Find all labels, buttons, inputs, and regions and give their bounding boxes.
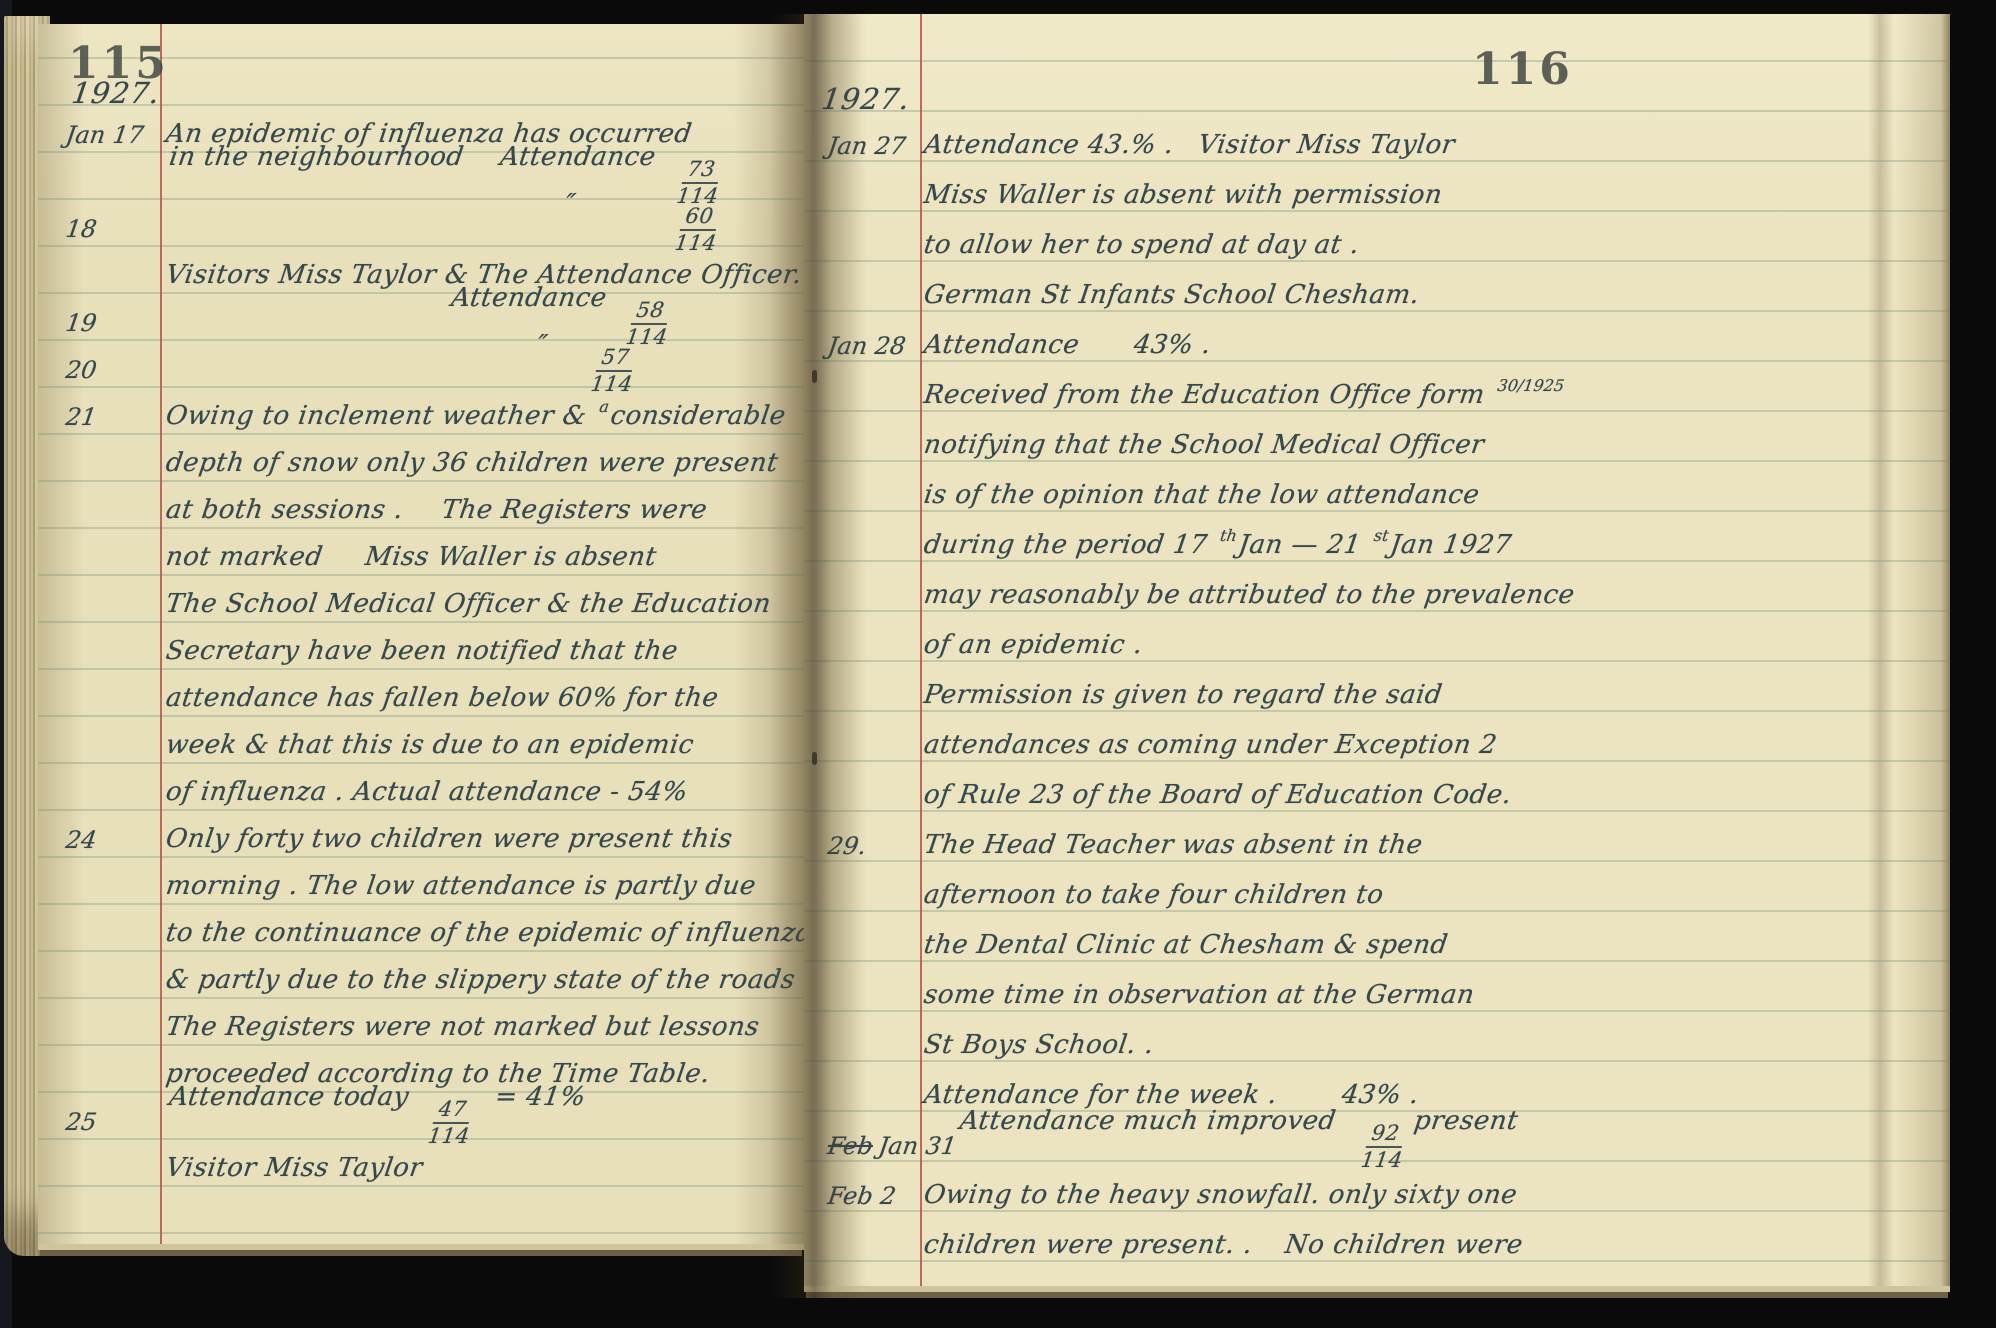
text-segment: ″ bbox=[535, 330, 558, 360]
text-segment: the Dental Clinic at Chesham & spend bbox=[922, 930, 1450, 960]
entry-text: Only forty two children were present thi… bbox=[164, 824, 798, 854]
entry-text: not marked Miss Waller is absent bbox=[164, 542, 798, 572]
entry-line: some time in observation at the German bbox=[822, 960, 1917, 1010]
text-segment: St Boys School. . bbox=[922, 1030, 1156, 1060]
entry-date: 19 bbox=[60, 309, 168, 337]
entry-date: 21 bbox=[60, 403, 168, 431]
text-segment: 20 bbox=[64, 356, 98, 384]
entry-text: Attendance 58114 bbox=[164, 283, 802, 337]
entry-text: St Boys School. . bbox=[922, 1030, 1914, 1060]
entry-text: The Head Teacher was absent in the bbox=[922, 830, 1914, 860]
logbook-page-right: 116 1927. Jan 27 Attendance 43.% . Visit… bbox=[804, 14, 1950, 1292]
entry-text: Received from the Education Office form … bbox=[922, 376, 1915, 410]
entry-line: Feb 2 Owing to the heavy snowfall. only … bbox=[822, 1160, 1917, 1210]
entry-line: The Registers were not marked but lesson… bbox=[60, 995, 801, 1042]
struck-text: Feb bbox=[826, 1132, 875, 1160]
entry-text: The School Medical Officer & the Educati… bbox=[164, 589, 798, 619]
entries-right: Jan 27 Attendance 43.% . Visitor Miss Ta… bbox=[822, 110, 1910, 1260]
text-segment: = 41% bbox=[493, 1082, 588, 1112]
text-segment: in the neighbourhood bbox=[167, 142, 474, 172]
entry-text: The Registers were not marked but lesson… bbox=[164, 1012, 798, 1042]
entry-text: to allow her to spend at day at . bbox=[922, 230, 1914, 260]
entry-text: & partly due to the slippery state of th… bbox=[164, 965, 798, 995]
entry-text: ″ 57114 bbox=[164, 330, 802, 384]
text-segment: afternoon to take four children to bbox=[922, 880, 1386, 910]
entry-line: to allow her to spend at day at . bbox=[822, 210, 1917, 260]
entries-left: Jan 17 An epidemic of influenza has occu… bbox=[60, 102, 794, 1183]
text-segment: The Registers were not marked but lesson… bbox=[164, 1012, 761, 1042]
text-segment: 24 bbox=[64, 826, 98, 854]
entry-line: attendances as coming under Exception 2 bbox=[822, 710, 1917, 760]
entry-date: FebJan 31 bbox=[822, 1132, 958, 1160]
entry-line: morning . The low attendance is partly d… bbox=[60, 854, 801, 901]
text-segment: Attendance bbox=[498, 142, 666, 172]
text-segment: & partly due to the slippery state of th… bbox=[164, 965, 797, 995]
entry-line: German St Infants School Chesham. bbox=[822, 260, 1917, 310]
entry-line: 21 Owing to inclement weather & aconside… bbox=[60, 384, 801, 431]
entry-line: Permission is given to regard the said bbox=[822, 660, 1917, 710]
text-segment: Visitor Miss Taylor bbox=[164, 1153, 425, 1183]
entry-date: 20 bbox=[60, 356, 168, 384]
text-segment: to allow her to spend at day at . bbox=[922, 230, 1361, 260]
text-segment: The Registers were bbox=[440, 495, 710, 525]
entry-line: Jan 27 Attendance 43.% . Visitor Miss Ta… bbox=[822, 110, 1917, 160]
entry-line: during the period 17 thJan — 21 stJan 19… bbox=[822, 510, 1917, 560]
text-segment: attendance has fallen below 60% for the bbox=[164, 683, 720, 713]
entry-line: 18 ″ 60114 bbox=[60, 196, 801, 243]
entry-text: notifying that the School Medical Office… bbox=[922, 430, 1914, 460]
entry-line: Jan 28 Attendance 43% . bbox=[822, 310, 1917, 360]
entry-line: is of the opinion that the low attendanc… bbox=[822, 460, 1917, 510]
entry-text: at both sessions . The Registers were bbox=[164, 495, 798, 525]
entry-line: The School Medical Officer & the Educati… bbox=[60, 572, 801, 619]
entry-line: the Dental Clinic at Chesham & spend bbox=[822, 910, 1917, 960]
text-segment: of Rule 23 of the Board of Education Cod… bbox=[922, 780, 1514, 810]
text-segment: ″ bbox=[563, 189, 586, 219]
text-segment: Jan — 21 bbox=[1237, 530, 1372, 560]
text-segment: children were present. . bbox=[922, 1230, 1263, 1260]
text-segment: week & that this is due to an epidemic bbox=[164, 730, 696, 760]
text-segment: Owing to inclement weather & bbox=[164, 401, 597, 431]
text-segment: to the continuance of the epidemic of in… bbox=[164, 918, 814, 948]
entry-text: of influenza . Actual attendance - 54% bbox=[164, 777, 798, 807]
entry-text: Owing to inclement weather & aconsiderab… bbox=[164, 397, 799, 431]
entry-text: Attendance 43.% . Visitor Miss Taylor bbox=[922, 130, 1914, 160]
entry-text: the Dental Clinic at Chesham & spend bbox=[922, 930, 1914, 960]
entry-line: 20 ″ 57114 bbox=[60, 337, 801, 384]
text-segment: Only forty two children were present thi… bbox=[164, 824, 734, 854]
entry-date: Jan 17 bbox=[60, 121, 168, 149]
text-segment: No children were bbox=[1283, 1230, 1525, 1260]
entry-text: week & that this is due to an epidemic bbox=[164, 730, 798, 760]
entry-text: morning . The low attendance is partly d… bbox=[164, 871, 798, 901]
entry-text: German St Infants School Chesham. bbox=[922, 280, 1914, 310]
text-segment: Jan 1927 bbox=[1388, 530, 1513, 560]
text-segment: Jan 27 bbox=[826, 132, 907, 160]
entry-text: of an epidemic . bbox=[922, 630, 1914, 660]
entry-line: Attendance for the week . 43% . bbox=[822, 1060, 1917, 1110]
entry-line: at both sessions . The Registers were bbox=[60, 478, 801, 525]
text-segment: 29. bbox=[826, 832, 868, 860]
entry-line: FebJan 31 Attendance much improved 92114… bbox=[822, 1110, 1917, 1160]
entry-text: of Rule 23 of the Board of Education Cod… bbox=[922, 780, 1914, 810]
page-fore-edge bbox=[1941, 14, 1950, 1286]
entry-date: Feb 2 bbox=[822, 1182, 926, 1210]
entry-text: Secretary have been notified that the bbox=[164, 636, 798, 666]
entry-line: St Boys School. . bbox=[822, 1010, 1917, 1060]
text-segment: 25 bbox=[64, 1108, 98, 1136]
superscript: th bbox=[1216, 526, 1241, 545]
text-segment: Attendance bbox=[922, 330, 1090, 360]
entry-text: Permission is given to regard the said bbox=[922, 680, 1914, 710]
text-segment: notifying that the School Medical Office… bbox=[922, 430, 1486, 460]
text-segment: Miss Waller is absent with permission bbox=[922, 180, 1444, 210]
entry-text: is of the opinion that the low attendanc… bbox=[922, 480, 1914, 510]
entry-text: may reasonably be attributed to the prev… bbox=[922, 580, 1914, 610]
text-segment: of an epidemic . bbox=[922, 630, 1145, 660]
entry-text: some time in observation at the German bbox=[922, 980, 1914, 1010]
entry-line: 29. The Head Teacher was absent in the bbox=[822, 810, 1917, 860]
school-logbook-scan: 115 1927. Jan 17 An epidemic of influenz… bbox=[0, 0, 1996, 1328]
entry-text: in the neighbourhood Attendance 73114 bbox=[164, 142, 802, 196]
text-segment: of influenza . Actual attendance - 54% bbox=[164, 777, 690, 807]
entry-line: of influenza . Actual attendance - 54% bbox=[60, 760, 801, 807]
entry-text: attendance has fallen below 60% for the bbox=[164, 683, 798, 713]
entry-line: depth of snow only 36 children were pres… bbox=[60, 431, 801, 478]
entry-text: attendances as coming under Exception 2 bbox=[922, 730, 1914, 760]
text-segment: during the period 17 bbox=[922, 530, 1218, 560]
logbook-page-left: 115 1927. Jan 17 An epidemic of influenz… bbox=[38, 24, 804, 1250]
entry-text: to the continuance of the epidemic of in… bbox=[164, 918, 814, 948]
entry-text: Visitor Miss Taylor bbox=[164, 1153, 798, 1183]
text-segment: morning . The low attendance is partly d… bbox=[164, 871, 758, 901]
entry-date: Jan 28 bbox=[822, 332, 926, 360]
entry-date: 24 bbox=[60, 826, 168, 854]
text-segment: attendances as coming under Exception 2 bbox=[922, 730, 1499, 760]
entry-line: attendance has fallen below 60% for the bbox=[60, 666, 801, 713]
text-segment: not marked bbox=[164, 542, 333, 572]
page-number: 116 bbox=[1472, 44, 1573, 95]
entry-line: 24 Only forty two children were present … bbox=[60, 807, 801, 854]
text-segment: The School Medical Officer & the Educati… bbox=[164, 589, 773, 619]
text-segment: Attendance 43.% . bbox=[922, 130, 1185, 160]
entry-line: Miss Waller is absent with permission bbox=[822, 160, 1917, 210]
text-segment: Received from the Education Office form bbox=[922, 380, 1495, 410]
entry-line: 25 Attendance today 47114= 41% bbox=[60, 1089, 801, 1136]
entry-text: Attendance today 47114= 41% bbox=[164, 1082, 802, 1136]
entry-line: week & that this is due to an epidemic bbox=[60, 713, 801, 760]
text-segment: Permission is given to regard the said bbox=[922, 680, 1444, 710]
entry-text: afternoon to take four children to bbox=[922, 880, 1914, 910]
text-segment: Owing to the heavy snowfall. only sixty … bbox=[922, 1180, 1519, 1210]
text-segment: Jan 31 bbox=[877, 1132, 958, 1160]
text-segment: Attendance much improved bbox=[958, 1106, 1347, 1136]
superscript: 30/1925 bbox=[1493, 376, 1568, 395]
entry-date: Jan 27 bbox=[822, 132, 926, 160]
entry-line: of Rule 23 of the Board of Education Cod… bbox=[822, 760, 1917, 810]
entry-text: ″ 60114 bbox=[164, 189, 802, 243]
entry-line: afternoon to take four children to bbox=[822, 860, 1917, 910]
text-segment: Visitor Miss Taylor bbox=[1196, 130, 1457, 160]
entry-date: 25 bbox=[60, 1108, 168, 1136]
text-segment: 19 bbox=[64, 309, 98, 337]
entry-line: of an epidemic . bbox=[822, 610, 1917, 660]
entry-line: Secretary have been notified that the bbox=[60, 619, 801, 666]
text-segment: Jan 17 bbox=[64, 121, 145, 149]
entry-line: not marked Miss Waller is absent bbox=[60, 525, 801, 572]
text-segment: Secretary have been notified that the bbox=[164, 636, 680, 666]
text-segment: Miss Waller is absent bbox=[363, 542, 658, 572]
text-segment: 18 bbox=[64, 215, 98, 243]
entry-line: Received from the Education Office form … bbox=[822, 360, 1917, 410]
text-segment: Feb 2 bbox=[826, 1182, 898, 1210]
text-segment: 21 bbox=[64, 403, 98, 431]
entry-line: may reasonably be attributed to the prev… bbox=[822, 560, 1917, 610]
entry-text: Owing to the heavy snowfall. only sixty … bbox=[922, 1180, 1914, 1210]
entry-date: 18 bbox=[60, 215, 168, 243]
entry-text: Miss Waller is absent with permission bbox=[922, 180, 1914, 210]
entry-line: to the continuance of the epidemic of in… bbox=[60, 901, 801, 948]
text-segment: The Head Teacher was absent in the bbox=[922, 830, 1425, 860]
entry-text: depth of snow only 36 children were pres… bbox=[164, 448, 798, 478]
entry-text: Attendance much improved 92114present bbox=[954, 1106, 1917, 1160]
entry-text: Attendance 43% . bbox=[922, 330, 1914, 360]
entry-line: children were present. . No children wer… bbox=[822, 1210, 1917, 1260]
text-segment: Jan 28 bbox=[826, 332, 907, 360]
text-segment: at both sessions . bbox=[164, 495, 414, 525]
text-segment: Attendance today bbox=[167, 1082, 419, 1112]
entry-line: Visitor Miss Taylor bbox=[60, 1136, 801, 1183]
entry-text: children were present. . No children wer… bbox=[922, 1230, 1914, 1260]
text-segment: may reasonably be attributed to the prev… bbox=[922, 580, 1577, 610]
text-segment: is of the opinion that the low attendanc… bbox=[922, 480, 1481, 510]
text-segment: 43% . bbox=[1132, 330, 1213, 360]
entry-line: notifying that the School Medical Office… bbox=[822, 410, 1917, 460]
text-segment: depth of snow only 36 children were pres… bbox=[164, 448, 780, 478]
entry-text: during the period 17 thJan — 21 stJan 19… bbox=[922, 526, 1915, 560]
text-segment: present bbox=[1412, 1106, 1520, 1136]
text-segment: Attendance bbox=[449, 283, 617, 313]
text-segment: considerable bbox=[609, 401, 788, 431]
text-segment: some time in observation at the German bbox=[922, 980, 1477, 1010]
text-segment: German St Infants School Chesham. bbox=[922, 280, 1421, 310]
entry-date: 29. bbox=[822, 832, 926, 860]
entry-line: & partly due to the slippery state of th… bbox=[60, 948, 801, 995]
